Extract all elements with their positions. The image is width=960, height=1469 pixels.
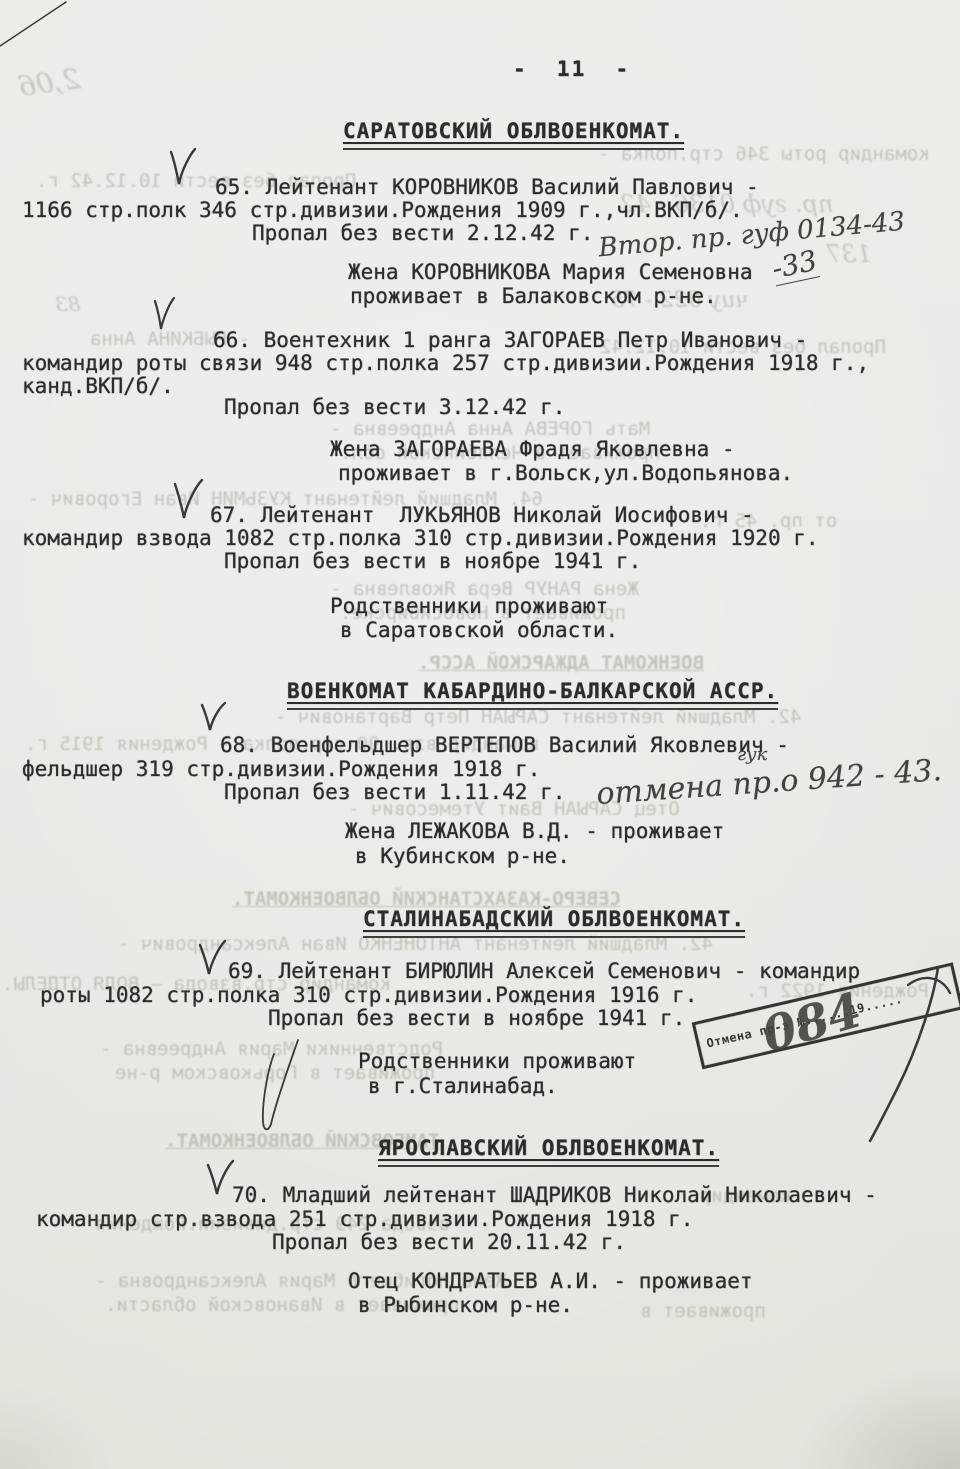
bleedthrough-handwriting: 83 <box>55 292 80 316</box>
bleedthrough-handwriting: 137 <box>826 240 872 268</box>
entry-65-status: Пропал без вести 2.12.42 г. <box>252 222 593 245</box>
section-header-yaroslavl: ЯРОСЛАВСКИЙ ОБЛВОЕНКОМАТ. <box>378 1137 719 1167</box>
section-header-stalinabad: СТАЛИНАБАДСКИЙ ОБЛВОЕНКОМАТ. <box>363 908 745 938</box>
checkmark-icon <box>165 146 199 190</box>
entry-66-line2: командир роты связи 948 стр.полка 257 ст… <box>22 352 869 375</box>
entry-67-status: Пропал без вести в ноябре 1941 г. <box>224 550 641 573</box>
entry-70-family1: Отец КОНДРАТЬЕВ А.И. - проживает <box>348 1270 753 1293</box>
bleedthrough-text: проживает в <box>640 1300 766 1322</box>
pen-flourish <box>820 955 960 1150</box>
entry-67-line1: 67. Лейтенант ЛУКЬЯНОВ Николай Иосифович… <box>210 504 754 527</box>
entry-65-handwritten-number: -33 <box>769 244 820 287</box>
scanned-document-page: 2,06 командир роты 346 стр.полка - Пропа… <box>0 0 960 1469</box>
entry-68-family1: Жена ЛЕЖАКОВА В.Д. - проживает <box>345 820 724 843</box>
section-header-saratov: САРАТОВСКИЙ ОБЛВОЕНКОМАТ. <box>343 120 684 150</box>
entry-69-family2: в г.Сталинабад. <box>368 1075 558 1098</box>
entry-69-line1: 69. Лейтенант БИРЮЛИН Алексей Семенович … <box>228 960 860 983</box>
checkmark-icon <box>195 938 229 980</box>
pen-squiggle <box>258 1038 308 1143</box>
entry-68-family2: в Кубинском р-не. <box>355 845 570 868</box>
entry-66-line1: 66. Воентехник 1 ранга ЗАГОРАЕВ Петр Ива… <box>213 329 807 352</box>
entry-68-status: Пропал без вести 1.11.42 г. <box>224 781 565 804</box>
page-crease <box>0 0 80 60</box>
entry-70-line2: командир стр.взвода 251 стр.дивизии.Рожд… <box>36 1208 693 1231</box>
entry-70-line1: 70. Младший лейтенант ШАДРИКОВ Николай Н… <box>232 1184 877 1207</box>
entry-66-line3: канд.ВКП/б/. <box>22 375 174 398</box>
entry-65-family1: Жена КОРОВНИКОВА Мария Семеновна <box>348 261 753 284</box>
entry-68-line1: 68. Военфельдшер ВЕРТЕПОВ Василий Яковле… <box>220 734 789 757</box>
bleedthrough-text: 2,06 <box>16 62 82 103</box>
page-number: - 11 - <box>513 58 630 81</box>
entry-67-family1: Родственники проживают <box>330 595 608 618</box>
entry-68-handwritten-superscript: гук <box>737 744 767 765</box>
entry-66-family1: Жена ЗАГОРАЕВА Фрадя Яковлевна - <box>330 438 735 461</box>
checkmark-icon <box>150 295 178 335</box>
checkmark-icon <box>170 476 206 524</box>
entry-65-line2: 1166 стр.полк 346 стр.дивизии.Рождения 1… <box>22 199 743 222</box>
entry-69-line2: роты 1082 стр.полка 310 стр.дивизии.Рожд… <box>40 984 697 1007</box>
entry-67-line2: командир взвода 1082 стр.полка 310 стр.д… <box>22 527 819 550</box>
entry-67-family2: в Саратовской области. <box>340 619 618 642</box>
entry-68-line2: фельдшер 319 стр.дивизии.Рождения 1918 г… <box>22 758 540 781</box>
checkmark-icon <box>197 700 229 736</box>
entry-69-status: Пропал без вести в ноябре 1941 г. <box>268 1007 685 1030</box>
entry-70-status: Пропал без вести 20.11.42 г. <box>272 1231 626 1254</box>
section-header-kabardino-balkar: ВОЕНКОМАТ КАБАРДИНО-БАЛКАРСКОЙ АССР. <box>287 680 778 710</box>
entry-69-family1: Родственники проживают <box>358 1050 636 1073</box>
entry-65-family2: проживает в Балаковском р-не. <box>350 285 717 308</box>
entry-68-handwritten-note: отмена пр.о 942 - 43. <box>595 753 943 812</box>
entry-65-line1: 65. Лейтенант КОРОВНИКОВ Василий Павлови… <box>215 176 759 199</box>
entry-66-status: Пропал без вести 3.12.42 г. <box>224 396 565 419</box>
entry-66-family2: проживает в г.Вольск,ул.Водопьянова. <box>338 462 793 485</box>
entry-70-family2: в Рыбинском р-не. <box>358 1294 573 1317</box>
bleedthrough-header: ВОЕНКОМАТ АДЖАРСКОЙ АССР. <box>418 652 704 674</box>
